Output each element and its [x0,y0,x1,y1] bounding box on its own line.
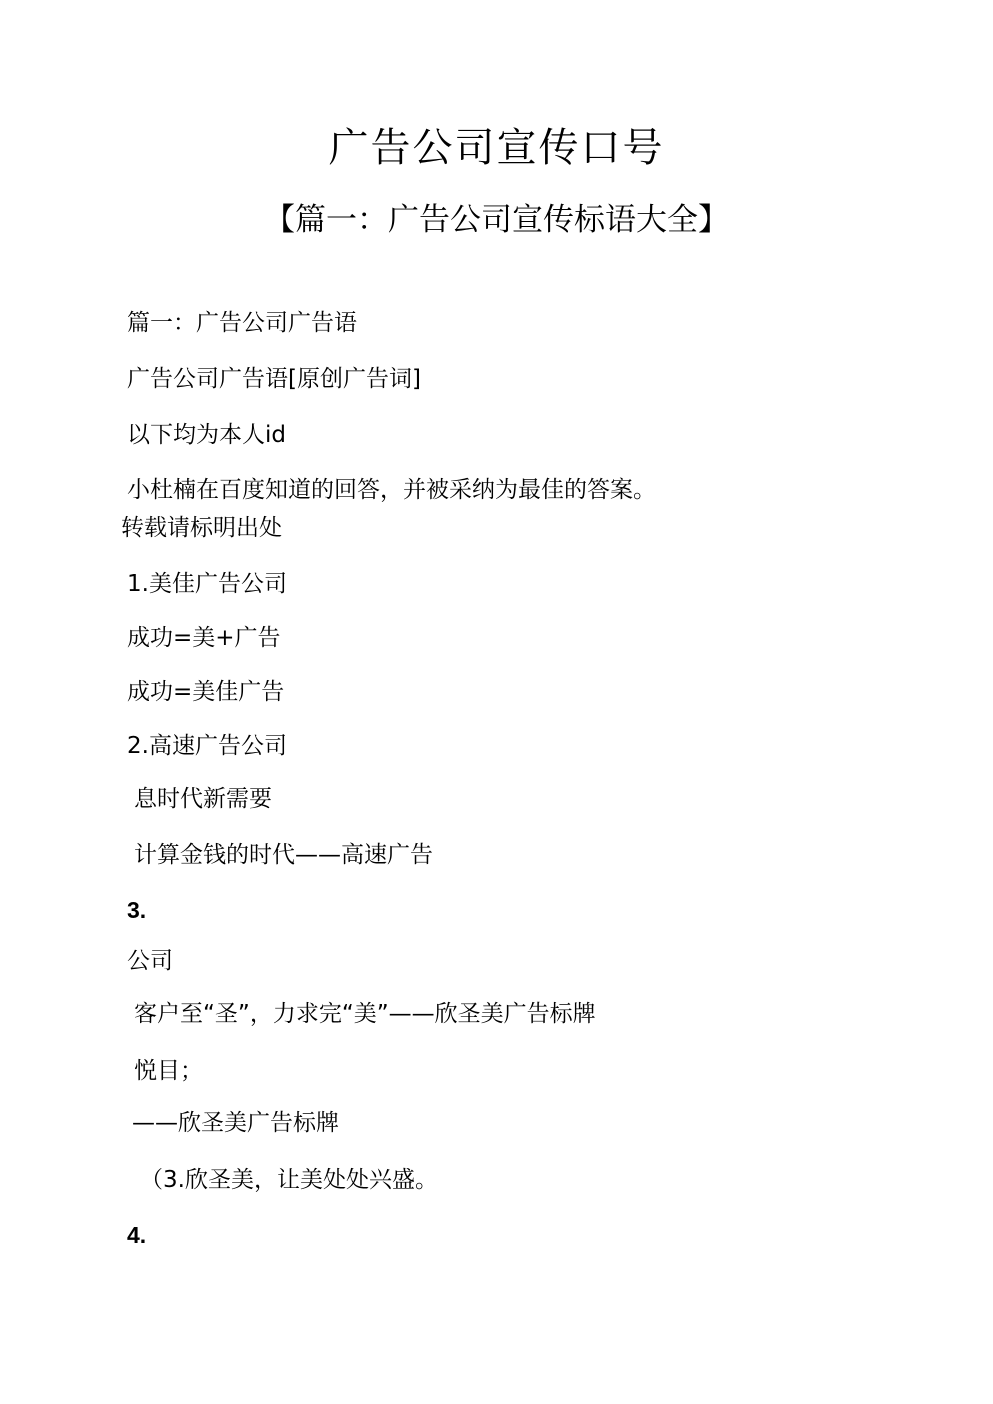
paragraph-line: 以下均为本人id [127,420,286,450]
document-page: 广告公司宣传口号 【篇一：广告公司宣传标语大全】 篇一：广告公司广告语 广告公司… [0,0,993,1404]
paragraph-line: 小杜楠在百度知道的回答，并被采纳为最佳的答案。 [127,475,656,505]
paragraph-line: 客户至“圣”，力求完“美”——欣圣美广告标牌 [134,999,596,1029]
paragraph-line: 公司 [127,946,173,976]
list-item-heading: 4. [127,1220,146,1250]
paragraph-line: 转载请标明出处 [121,513,282,543]
list-item-heading: 2.高速广告公司 [127,731,287,761]
paragraph-line: 息时代新需要 [134,784,272,814]
paragraph-line: 广告公司广告语[原创广告词] [127,364,421,394]
paragraph-line: 计算金钱的时代——高速广告 [134,840,433,870]
paragraph-line: （3.欣圣美，让美处处兴盛。 [140,1165,438,1195]
section-heading: 篇一：广告公司广告语 [127,308,357,338]
list-item-heading: 1.美佳广告公司 [127,569,287,599]
document-subtitle: 【篇一：广告公司宣传标语大全】 [0,198,993,242]
paragraph-line: 成功=美佳广告 [127,677,284,707]
list-item-heading: 3. [127,895,146,925]
paragraph-line: ——欣圣美广告标牌 [132,1108,339,1138]
document-title: 广告公司宣传口号 [0,122,993,174]
paragraph-line: 成功=美+广告 [127,623,281,653]
paragraph-line: 悦目； [134,1056,203,1086]
